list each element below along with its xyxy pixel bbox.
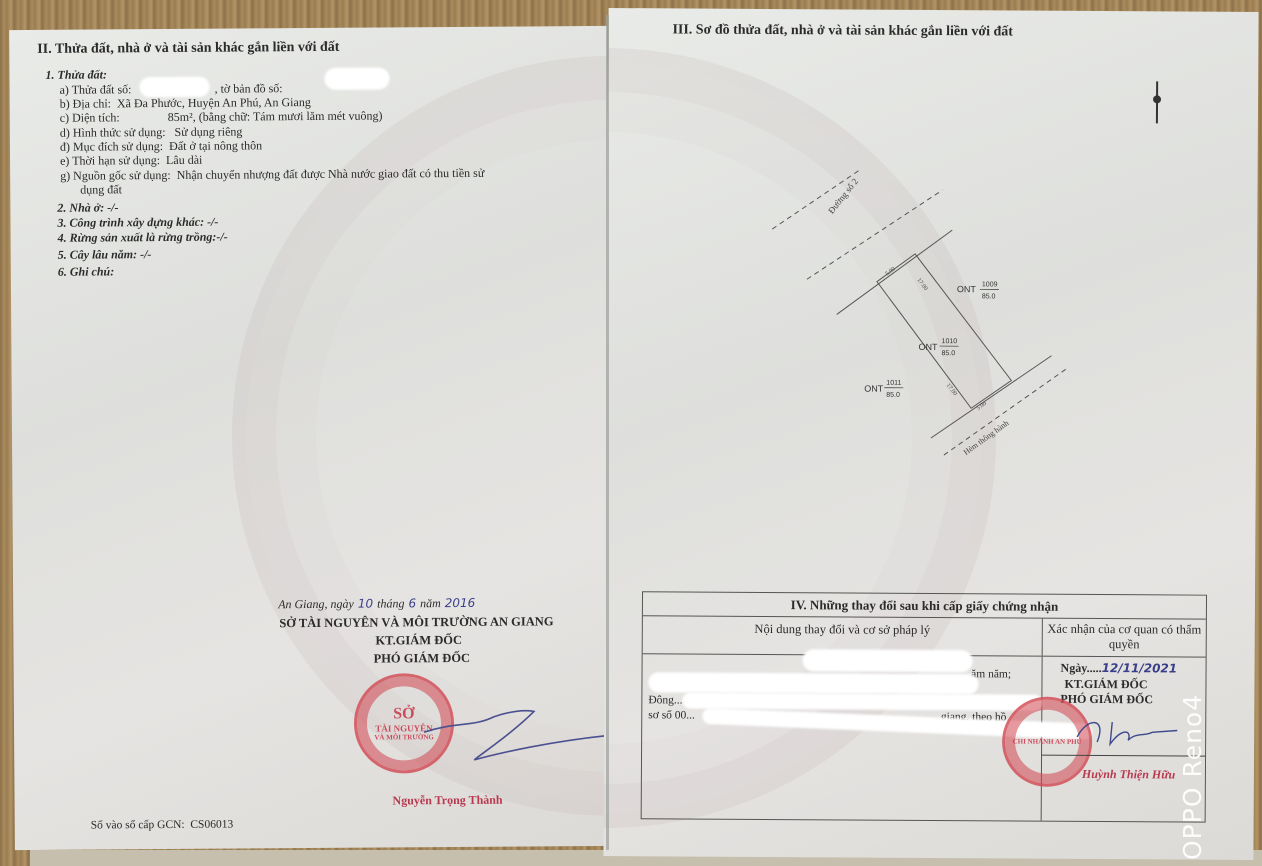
map-sheet-label: , tờ bản đồ số:: [215, 81, 283, 95]
kt-director: KT.GIÁM ĐỐC: [375, 633, 462, 649]
signer-name: Nguyễn Trọng Thành: [392, 793, 502, 809]
sign-month: 6: [408, 596, 416, 610]
redaction-blob: [803, 649, 973, 672]
parcel-map: Đường số 2 5.00 17.00 17.00 5.00 Hẻm thô…: [766, 169, 1088, 471]
purpose-value: Đất ở tại nông thôn: [169, 138, 262, 153]
parcel-area: 85.0: [982, 293, 996, 300]
change-content-cell: ...ăm năm; Đông... sơ số 00... ...giang,…: [642, 654, 1043, 820]
signature-scribble: [414, 701, 613, 772]
changes-table-row: ...ăm năm; Đông... sơ số 00... ...giang,…: [642, 654, 1206, 821]
parcel-number: 1010: [942, 338, 958, 345]
confirm-date-label: Ngày: [1061, 661, 1087, 675]
item-5-perennial-trees: 5. Cây lâu năm: -/-: [58, 247, 152, 262]
item-3-other-construction: 3. Công trình xây dựng khác: -/-: [57, 215, 218, 230]
term-label: e) Thời hạn sử dụng:: [60, 153, 160, 168]
certificate-left-page: II. Thửa đất, nhà ở và tài sản khác gắn …: [9, 26, 613, 850]
confirm-signer-name: Huỳnh Thiện Hữu: [1082, 767, 1175, 783]
sign-month-label: tháng: [377, 596, 404, 610]
term-row: e) Thời hạn sử dụng: Lâu dài: [60, 153, 202, 168]
parcel-type: ONT: [864, 384, 884, 394]
parcel-number: 1009: [982, 281, 998, 288]
certificate-right-page: III. Sơ đồ thửa đất, nhà ở và tài sản kh…: [603, 8, 1258, 860]
item-2-house: 2. Nhà ở: -/-: [57, 200, 118, 214]
redaction-map-sheet: [324, 67, 389, 89]
purpose-row: đ) Mục đích sử dụng: Đất ở tại nông thôn: [60, 138, 262, 153]
parcel-number-label: a) Thửa đất số:: [60, 82, 132, 97]
section-ii-title: II. Thửa đất, nhà ở và tài sản khác gắn …: [37, 40, 339, 58]
sign-year: 2016: [445, 596, 476, 610]
stamp-top-text: SỞ: [393, 705, 414, 723]
sign-day: 10: [358, 597, 373, 611]
sign-date-prefix: An Giang, ngày: [278, 597, 354, 612]
term-value: Lâu dài: [166, 153, 202, 167]
parcel-number: 1011: [886, 380, 901, 387]
origin-label: g) Nguồn gốc sử dụng:: [60, 168, 171, 183]
issuing-authority: SỞ TÀI NGUYÊN VÀ MÔI TRƯỜNG AN GIANG: [279, 614, 553, 631]
confirm-kt-director: KT.GIÁM ĐỐC: [1064, 677, 1147, 693]
deputy-director: PHÓ GIÁM ĐỐC: [373, 651, 470, 667]
dim-side-2: 17.00: [945, 383, 958, 397]
gcn-value: CS06013: [190, 819, 233, 831]
parcel-type: ONT: [919, 342, 939, 352]
use-form-row: d) Hình thức sử dụng: Sử dụng riêng: [60, 124, 243, 139]
use-form-value: Sử dụng riêng: [174, 124, 242, 138]
origin-row: g) Nguồn gốc sử dụng: Nhận chuyển nhượng…: [60, 166, 484, 183]
road-top-label: Đường số 2: [826, 176, 860, 215]
use-form-label: d) Hình thức sử dụng:: [60, 125, 166, 140]
redaction-parcel-number: [139, 77, 209, 97]
area-value: 85m², (bằng chữ: Tám mươi lăm mét vuông): [168, 108, 383, 123]
parcel-label-1010: ONT 1010 85.0: [918, 338, 958, 357]
purpose-label: đ) Mục đích sử dụng:: [60, 139, 163, 154]
changes-table-title: IV. Những thay đổi sau khi cấp giấy chứn…: [643, 592, 1206, 619]
row-fragment: Đông...: [648, 694, 682, 706]
parcel-area: 85.0: [886, 392, 900, 399]
parcel-number-row: a) Thửa đất số:: [60, 82, 132, 97]
origin-value: Nhận chuyển nhượng đất được Nhà nước gia…: [177, 166, 485, 182]
row-fragment: sơ số 00...: [648, 709, 695, 721]
confirm-signature: [1072, 712, 1182, 753]
address-value: Xã Đa Phước, Huyện An Phú, An Giang: [117, 95, 311, 110]
book-spine-fold: [606, 15, 609, 850]
col-confirmation: Xác nhận của cơ quan có thẩm quyền: [1043, 619, 1206, 657]
item-6-notes: 6. Ghi chú:: [58, 264, 114, 278]
camera-watermark: OPPO Reno4: [1178, 694, 1207, 860]
parcel-area: 85.0: [941, 350, 955, 357]
sign-date: An Giang, ngày 10 tháng 6 năm 2016: [278, 594, 475, 613]
confirm-date: Ngày.....12/11/2021: [1061, 661, 1178, 677]
changes-table: IV. Những thay đổi sau khi cấp giấy chứn…: [641, 591, 1207, 822]
redaction-blob: [648, 672, 978, 694]
parcel-label-1009: ONT 1009 85.0: [957, 281, 999, 300]
dim-side-1: 17.00: [915, 277, 928, 291]
item-1-title: 1. Thửa đất:: [45, 67, 107, 81]
origin-value-cont: dụng đất: [80, 182, 122, 196]
dim-back: 5.00: [976, 401, 988, 412]
area-row: c) Diện tích: 85m², (bằng chữ: Tám mươi …: [60, 108, 383, 124]
item-4-production-forest: 4. Rừng sản xuất là rừng trồng:-/-: [58, 230, 228, 245]
section-iii-title: III. Sơ đồ thửa đất, nhà ở và tài sản kh…: [672, 22, 1013, 40]
north-arrow-icon: [1156, 81, 1158, 123]
gcn-register-number: Số vào sổ cấp GCN: CS06013: [91, 819, 234, 832]
confirm-date-value: 12/11/2021: [1102, 661, 1178, 675]
sign-year-label: năm: [420, 596, 441, 610]
address-label: b) Địa chỉ:: [60, 96, 111, 110]
area-label: c) Diện tích:: [60, 110, 120, 124]
parcel-label-1011: ONT 1011 85.0: [864, 380, 903, 399]
parcel-type: ONT: [957, 284, 977, 294]
gcn-label: Số vào sổ cấp GCN:: [91, 819, 185, 832]
redaction-blob: [682, 692, 1042, 710]
